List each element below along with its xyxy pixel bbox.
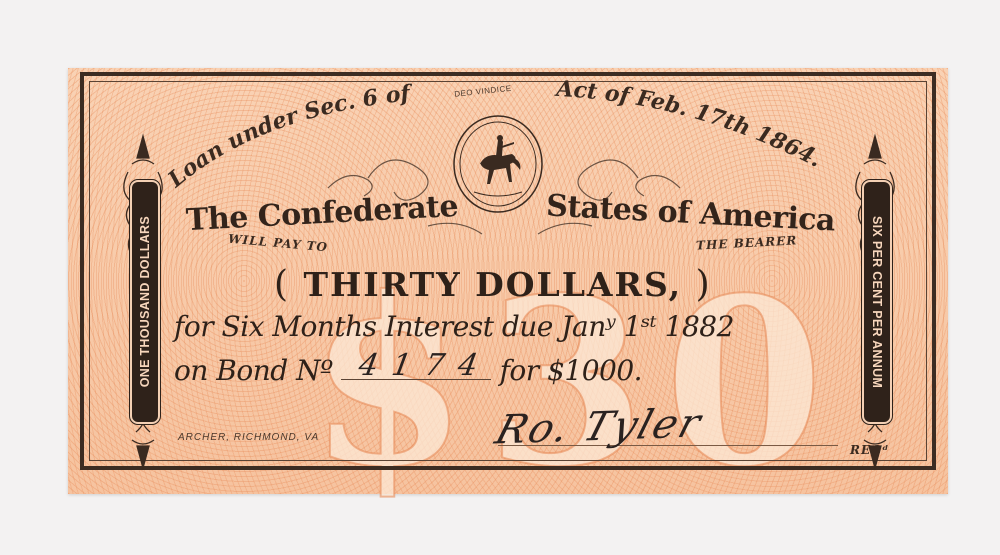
right-side-panel: SIX PER CENT PER ANNUM (850, 132, 900, 472)
left-side-panel: ONE THOUSAND DOLLARS (118, 132, 168, 472)
amount-words: THIRTY DOLLARS, (304, 265, 683, 304)
right-panel-label: SIX PER CENT PER ANNUM (862, 180, 892, 424)
left-panel-label: ONE THOUSAND DOLLARS (130, 180, 160, 424)
bond-suffix: for $1000. (500, 354, 642, 387)
confederate-seal-icon (450, 112, 546, 216)
bond-label: on Bond Nº (174, 354, 333, 387)
interest-line: for Six Months Interest due Janʸ 1ˢᵗ 188… (174, 310, 734, 343)
bond-coupon: $30 Loan under Sec. 6 of Act of Feb. 17t… (68, 68, 948, 494)
bond-number: 4174 (356, 348, 495, 383)
amount-text: ( THIRTY DOLLARS, ) (274, 264, 712, 305)
engraver-imprint: ARCHER, RICHMOND, VA (178, 432, 319, 443)
header-left-arc-text: Loan under Sec. 6 of (162, 80, 414, 193)
amount-open-paren: ( (274, 264, 290, 305)
bond-number-field: 4174 (341, 355, 491, 380)
bond-line: on Bond Nº 4174 for $1000. (174, 354, 642, 387)
amount-close-paren: ) (696, 264, 712, 305)
signature: Ro. Tyler (490, 400, 707, 453)
header-right-arc-text: Act of Feb. 17th 1864. (554, 76, 826, 173)
